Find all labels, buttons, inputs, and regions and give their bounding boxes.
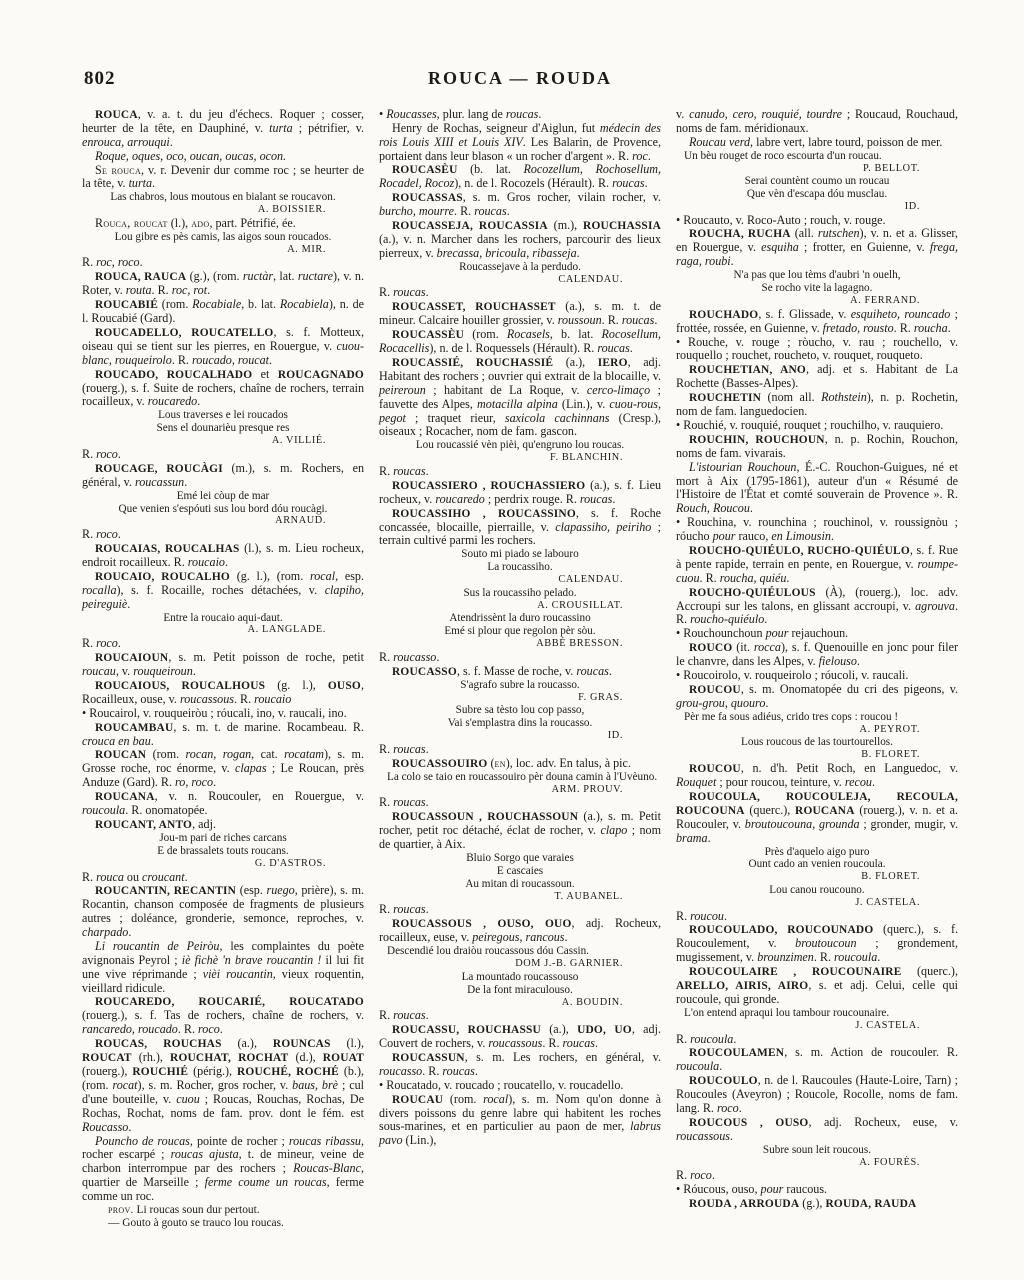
dictionary-entry: Henry de Rochas, seigneur d'Aiglun, fut … <box>379 122 661 164</box>
text-paragraph: R. roc, roco. <box>82 256 364 270</box>
dictionary-entry: ROUCOULA, ROUCOULEJA, RECOULA, ROUCOUNA … <box>676 790 958 846</box>
dictionary-entry: Roque, oques, oco, oucan, oucas, ocon. <box>82 150 364 164</box>
dictionary-entry: ROUCOULADO, ROUCOUNADO (querc.), s. f. R… <box>676 923 958 965</box>
dictionary-entry: ROUCASSO, s. f. Masse de roche, v. rouca… <box>379 665 661 679</box>
citation-author: A. LANGLADE. <box>82 624 364 637</box>
dictionary-entry: ROUCASSÈU (rom. Rocasels, b. lat. Rocose… <box>379 328 661 356</box>
text-paragraph: R. roucas. <box>379 796 661 810</box>
text-paragraph: R. rouca ou croucant. <box>82 871 364 885</box>
dictionary-entry: Se rouca, v. r. Devenir dur comme roc ; … <box>82 164 364 192</box>
dictionary-entry: Li roucantin de Peiròu, les complaintes … <box>82 940 364 995</box>
dictionary-entry: ROUCANTIN, RECANTIN (esp. ruego, prière)… <box>82 884 364 940</box>
text-paragraph: • Rouchounchoun pour rejauchoun. <box>676 627 958 641</box>
dictionary-entry: ROUCAMBAU, s. m. t. de marine. Rocambeau… <box>82 721 364 749</box>
verse-line: De la font miraculouso. <box>379 984 661 997</box>
dictionary-entry: ROUCADO, ROUCALHADO et ROUCAGNADO (rouer… <box>82 368 364 410</box>
dictionary-entry: ROUCADELLO, ROUCATELLO, s. f. Motteux, o… <box>82 326 364 368</box>
verse-line: Lous traverses e lei roucados <box>82 409 364 422</box>
text-paragraph: • Rouche, v. rouge ; ròucho, v. rau ; ro… <box>676 336 958 364</box>
dictionary-entry: ROUCHETIAN, ANO, adj. et s. Habitant de … <box>676 363 958 391</box>
citation-line: L'on entend apraqui lou tambour roucouna… <box>676 1007 958 1020</box>
citation-line: Descendié lou draiòu roucassous dóu Cass… <box>379 945 661 958</box>
dictionary-entry: ROUCASSU, ROUCHASSU (a.), UDO, UO, adj. … <box>379 1023 661 1051</box>
proverb-line: — Gouto à gouto se trauco lou roucas. <box>82 1217 364 1230</box>
text-paragraph: R. roucas. <box>379 465 661 479</box>
dictionary-entry: ROUCAIAS, ROUCALHAS (l.), s. m. Lieu roc… <box>82 542 364 570</box>
citation-line: La colo se taio en roucassouiro pèr doun… <box>379 771 661 784</box>
text-paragraph: R. roco. <box>676 1169 958 1183</box>
verse-line: Jou-m pari de riches carcans <box>82 832 364 845</box>
verse-line: Sens el dounarièu presque res <box>82 422 364 435</box>
dictionary-entry: ROUCASSET, ROUCHASSET (a.), s. m. t. de … <box>379 300 661 328</box>
dictionary-entry: ROUCAGE, ROUCÀGI (m.), s. m. Rochers, en… <box>82 462 364 490</box>
verse-line: Que vèn d'escapa dóu musclau. <box>676 188 958 201</box>
verse-line: Atendrissènt la duro roucassino <box>379 612 661 625</box>
text-paragraph: • Roucasses, plur. lang de roucas. <box>379 108 661 122</box>
dictionary-entry: ROUCASSUN, s. m. Les rochers, en général… <box>379 1051 661 1079</box>
text-paragraph: • Rouchié, v. rouquié, rouquet ; rouchil… <box>676 419 958 433</box>
dictionary-entry: ROUCHO-QUIÉULOUS (À), (rouerg.), loc. ad… <box>676 586 958 628</box>
dictionary-entry: ROUCAIOUN, s. m. Petit poisson de roche,… <box>82 651 364 679</box>
verse-line: La roucassiho. <box>379 561 661 574</box>
dictionary-entry: ROUCHADO, s. f. Glissade, v. esquiheto, … <box>676 308 958 336</box>
dictionary-entry: ROUCANA, v. n. Roucouler, en Rouergue, v… <box>82 790 364 818</box>
dictionary-entry: ROUCHIN, ROUCHOUN, n. p. Rochin, Rouchon… <box>676 433 958 461</box>
verse-line: Lou canou roucouno. <box>676 884 958 897</box>
dictionary-entry: ROUCOULO, n. de l. Raucoules (Haute-Loir… <box>676 1074 958 1116</box>
citation-author: P. BELLOT. <box>676 163 958 176</box>
page-number: 802 <box>84 68 116 90</box>
text-paragraph: R. roco. <box>82 528 364 542</box>
dictionary-entry: ROUCABIÉ (rom. Rocabiale, b. lat. Rocabi… <box>82 298 364 326</box>
dictionary-entry: ROUCHETIN (nom all. Rothstein), n. p. Ro… <box>676 391 958 419</box>
dictionary-entry: ROUDA , ARROUDA (g.), ROUDA, RAUDA <box>676 1197 958 1211</box>
dictionary-entry: ROUCA, RAUCA (g.), (rom. ructàr, lat. ru… <box>82 270 364 298</box>
verse-line: Vai s'emplastra dins la roucasso. <box>379 717 661 730</box>
dictionary-entry: ROUCASSIERO , ROUCHASSIERO (a.), s. f. L… <box>379 479 661 507</box>
text-columns: ROUCA, v. a. t. du jeu d'échecs. Roquer … <box>82 108 958 1230</box>
text-paragraph: R. roucas. <box>379 743 661 757</box>
verse-line: Souto mi piado se labouro <box>379 548 661 561</box>
dictionary-entry: ROUCOULAIRE , ROUCOUNAIRE (querc.), AREL… <box>676 965 958 1007</box>
verse-line: Subre sa tèsto lou cop passo, <box>379 704 661 717</box>
citation-line: Un bèu rouget de roco escourta d'un rouc… <box>676 150 958 163</box>
dictionary-entry: Roucau verd, labre vert, labre tourd, po… <box>676 136 958 150</box>
text-paragraph: R. roucas. <box>379 286 661 300</box>
dictionary-entry: ROUCAIO, ROUCALHO (g. l.), (rom. rocal, … <box>82 570 364 612</box>
text-paragraph: • Rouchina, v. rounchina ; rouchinol, v.… <box>676 516 958 544</box>
text-paragraph: • Roucairol, v. rouqueiròu ; róucali, in… <box>82 707 364 721</box>
verse-line: Lous roucous de las tourtourellos. <box>676 736 958 749</box>
column-2: • Roucasses, plur. lang de roucas.Henry … <box>379 108 661 1230</box>
running-title: ROUCA — ROUDA <box>82 68 958 89</box>
verse-line: Près d'aquelo aigo puro <box>676 846 958 859</box>
text-paragraph: • Roucoirolo, v. rouqueirolo ; róucoli, … <box>676 669 958 683</box>
citation-author: ARNAUD. <box>82 515 364 528</box>
verse-line: Bluio Sorgo que varaies <box>379 852 661 865</box>
dictionary-entry: L'istourian Rouchoun, É.-C. Rouchon-Guig… <box>676 461 958 516</box>
dictionary-entry: ROUCHO-QUIÉULO, RUCHO-QUIÉULO, s. f. Rue… <box>676 544 958 586</box>
verse-line: E de brassalets touts roucans. <box>82 845 364 858</box>
proverb-line: prov. Li roucas soun dur pertout. <box>82 1204 364 1217</box>
dictionary-entry: Rouca, roucat (l.), ado, part. Pétrifié,… <box>82 217 364 231</box>
dictionary-entry: ROUCA, v. a. t. du jeu d'échecs. Roquer … <box>82 108 364 150</box>
citation-author: A. PEYROT. <box>676 724 958 737</box>
text-paragraph: R. roco. <box>82 637 364 651</box>
verse-line: Que venien s'espóuti sus lou bord dóu ro… <box>82 503 364 516</box>
verse-line: Ount cado an venien roucoula. <box>676 858 958 871</box>
text-paragraph: R. roucoula. <box>676 1033 958 1047</box>
dictionary-page: 802 ROUCA — ROUDA ROUCA, v. a. t. du jeu… <box>0 0 1024 1230</box>
verse-line: Las chabros, lous moutous en bialant se … <box>82 191 364 204</box>
dictionary-entry: ROUCASSOUS , OUSO, OUO, adj. Rocheux, ro… <box>379 917 661 945</box>
citation-author: CALENDAU. <box>379 574 661 587</box>
citation-line: Pèr me fa sous adiéus, crido tres cops :… <box>676 711 958 724</box>
dictionary-entry: ROUCHA, RUCHA (all. rutschen), v. n. et … <box>676 227 958 269</box>
column-3: v. canudo, cero, rouquié, tourdre ; Rouc… <box>676 108 958 1230</box>
dictionary-entry: ROUCOULAMEN, s. m. Action de roucouler. … <box>676 1046 958 1074</box>
dictionary-entry: Pouncho de roucas, pointe de rocher ; ro… <box>82 1135 364 1204</box>
verse-line: La mountado roucassouso <box>379 971 661 984</box>
text-paragraph: R. roucas. <box>379 903 661 917</box>
verse-line: Se rocho vite la lagagno. <box>676 282 958 295</box>
citation-author: F. GRAS. <box>379 692 661 705</box>
text-paragraph: R. roucas. <box>379 1009 661 1023</box>
verse-line: E cascaies <box>379 865 661 878</box>
text-paragraph: R. roco. <box>82 448 364 462</box>
dictionary-entry: ROUCASSOUN , ROUCHASSOUN (a.), s. m. Pet… <box>379 810 661 852</box>
text-paragraph: R. roucou. <box>676 910 958 924</box>
page-header: 802 ROUCA — ROUDA <box>82 68 958 102</box>
verse-line: Subre soun leit roucous. <box>676 1144 958 1157</box>
verse-line: Lou roucassié vèn pièi, qu'engruno lou r… <box>379 439 661 452</box>
dictionary-entry: ROUCO (it. rocca), s. f. Quenouille en j… <box>676 641 958 669</box>
verse-line: Lou gibre es pès camis, las aigos soun r… <box>82 231 364 244</box>
text-paragraph: v. canudo, cero, rouquié, tourdre ; Rouc… <box>676 108 958 136</box>
dictionary-entry: ROUCAU (rom. rocal), s. m. Nom qu'on don… <box>379 1093 661 1149</box>
citation-author: DOM J.-B. GARNIER. <box>379 958 661 971</box>
verse-line: Emé si plour que regolon pèr sòu. <box>379 625 661 638</box>
dictionary-entry: ROUCOU, s. m. Onomatopée du cri des pige… <box>676 683 958 711</box>
citation-author: A. VILLIÉ. <box>82 435 364 448</box>
citation-author: A. FOURÈS. <box>676 1157 958 1170</box>
dictionary-entry: ROUCASÈU (b. lat. Rocozellum, Rochosellu… <box>379 163 661 191</box>
dictionary-entry: ROUCAIOUS, ROUCALHOUS (g. l.), OUSO, Roc… <box>82 679 364 707</box>
citation-author: A. CROUSILLAT. <box>379 600 661 613</box>
dictionary-entry: ROUCASSAS, s. m. Gros rocher, vilain roc… <box>379 191 661 219</box>
dictionary-entry: ROUCASSEJA, ROUCASSIA (m.), ROUCHASSIA (… <box>379 219 661 261</box>
dictionary-entry: ROUCASSIÉ, ROUCHASSIÉ (a.), IERO, adj. H… <box>379 356 661 439</box>
verse-line: Sus la roucassiho pelado. <box>379 587 661 600</box>
dictionary-entry: ROUCAREDO, ROUCARIÉ, ROUCATADO (rouerg.)… <box>82 995 364 1037</box>
dictionary-entry: ROUCOU, n. d'h. Petit Roch, en Languedoc… <box>676 762 958 790</box>
verse-line: Au mitan di roucassoun. <box>379 878 661 891</box>
text-paragraph: • Róucous, ouso, pour raucous. <box>676 1183 958 1197</box>
verse-line: Emé lei còup de mar <box>82 490 364 503</box>
verse-line: Serai countènt coumo un roucau <box>676 175 958 188</box>
dictionary-entry: ROUCAN (rom. rocan, rogan, cat. rocatam)… <box>82 748 364 790</box>
dictionary-entry: ROUCAS, ROUCHAS (a.), ROUNCAS (l.), ROUC… <box>82 1037 364 1135</box>
dictionary-entry: ROUCASSOUIRO (en), loc. adv. En talus, à… <box>379 757 661 771</box>
verse-line: N'a pas que lou tèms d'aubri 'n ouelh, <box>676 269 958 282</box>
dictionary-entry: ROUCOUS , OUSO, adj. Rocheux, euse, v. r… <box>676 1116 958 1144</box>
verse-line: Entre la roucaio aqui-daut. <box>82 612 364 625</box>
text-paragraph: • Roucatado, v. roucado ; roucatello, v.… <box>379 1079 661 1093</box>
verse-line: S'agrafo subre la roucasso. <box>379 679 661 692</box>
column-1: ROUCA, v. a. t. du jeu d'échecs. Roquer … <box>82 108 364 1230</box>
citation-author: B. FLORET. <box>676 871 958 884</box>
dictionary-entry: ROUCASSIHO , ROUCASSINO, s. f. Roche con… <box>379 507 661 549</box>
text-paragraph: • Roucauto, v. Roco-Auto ; rouch, v. rou… <box>676 214 958 228</box>
dictionary-entry: ROUCANT, ANTO, adj. <box>82 818 364 832</box>
verse-line: Roucassejave à la perdudo. <box>379 261 661 274</box>
text-paragraph: R. roucasso. <box>379 651 661 665</box>
